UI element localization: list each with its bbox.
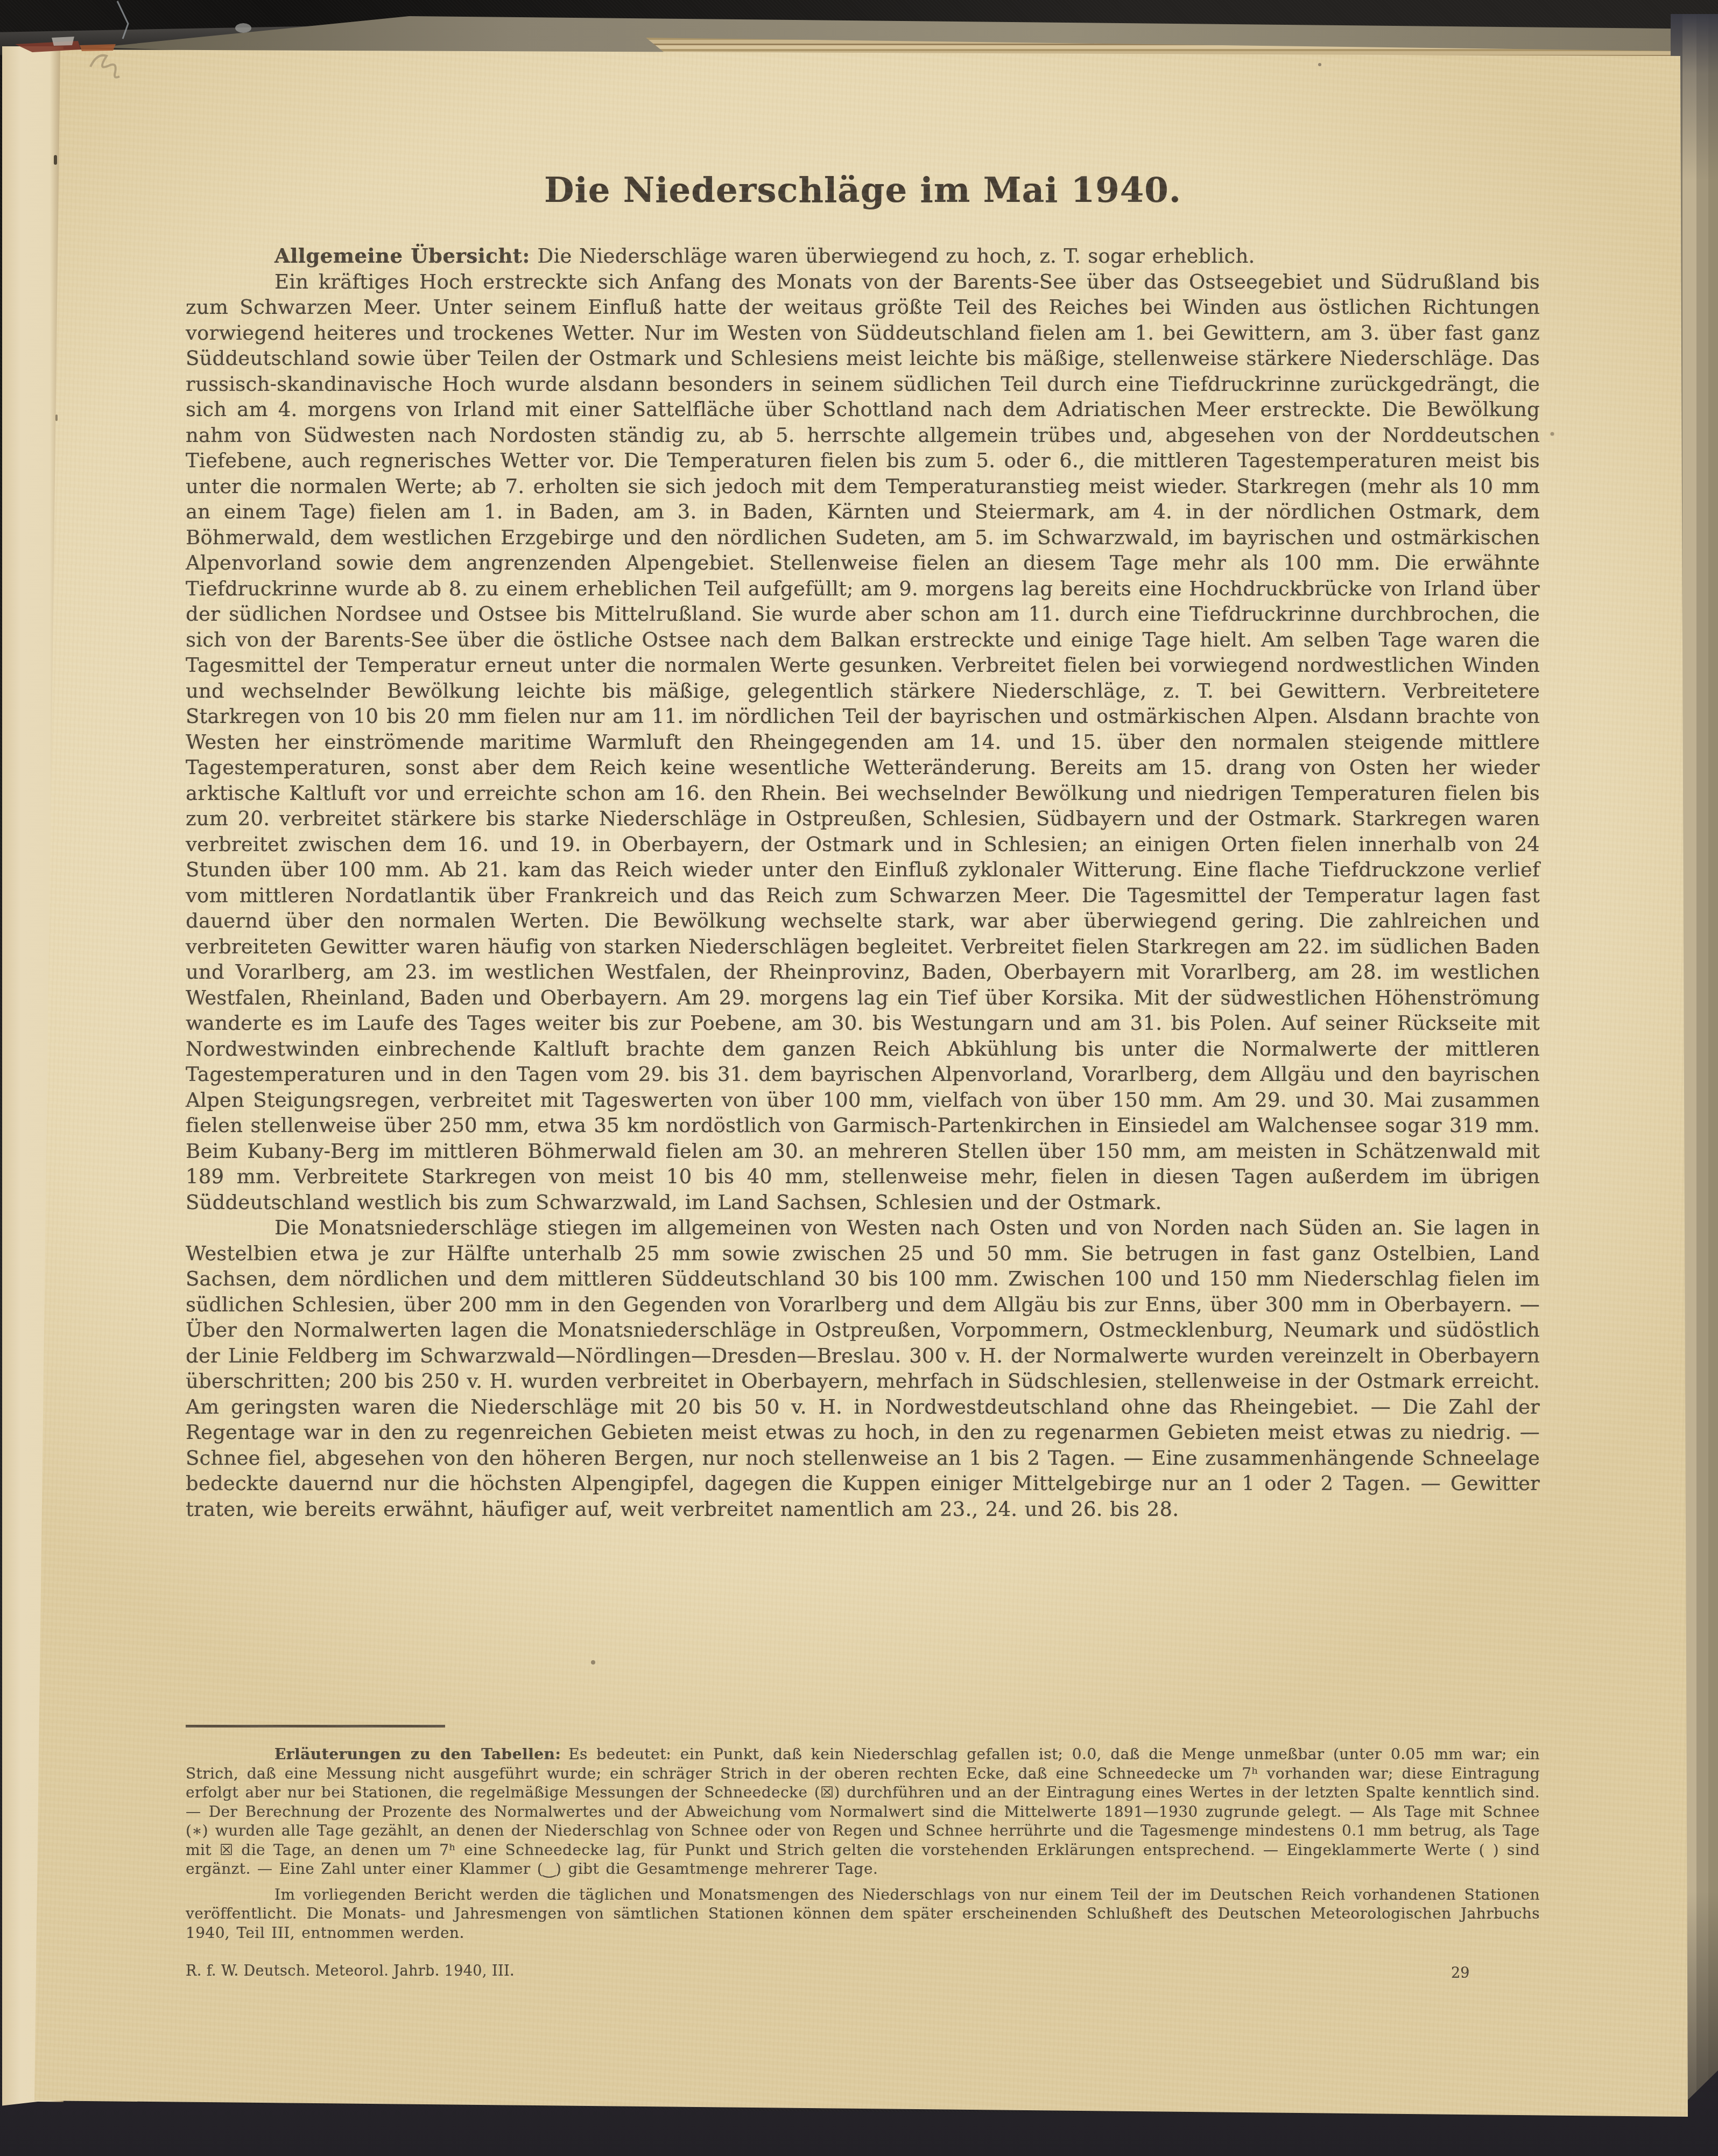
overview-paragraph: Allgemeine Übersicht:Die Niederschläge w… — [186, 243, 1540, 269]
monthly-totals-paragraph: Die Monatsniederschläge stiegen im allge… — [186, 1215, 1540, 1522]
page-title: Die Niederschläge im Mai 1940. — [186, 170, 1540, 210]
book-page: Die Niederschläge im Mai 1940. Allgemein… — [0, 0, 1718, 2156]
page-number: 29 — [1451, 1965, 1469, 1982]
table-explanations-paragraph: Erläuterungen zu den Tabellen:Es bedeute… — [186, 1745, 1540, 1879]
imprint: R. f. W. Deutsch. Meteorol. Jahrb. 1940,… — [186, 1963, 515, 1979]
footnote-divider — [186, 1725, 445, 1727]
publication-note-paragraph: Im vorliegenden Bericht werden die tägli… — [186, 1885, 1540, 1943]
footnote-text: Es bedeutet: ein Punkt, daß kein Nieders… — [186, 1745, 1540, 1878]
body-text: Allgemeine Übersicht:Die Niederschläge w… — [186, 243, 1540, 1522]
overview-lead: Allgemeine Übersicht: — [274, 244, 530, 268]
footnote-section: Erläuterungen zu den Tabellen:Es bedeute… — [186, 1725, 1540, 1942]
weather-course-paragraph: Ein kräftiges Hoch erstreckte sich Anfan… — [186, 269, 1540, 1216]
footnote-lead: Erläuterungen zu den Tabellen: — [274, 1745, 561, 1763]
overview-text: Die Niederschläge waren überwiegend zu h… — [538, 244, 1255, 268]
